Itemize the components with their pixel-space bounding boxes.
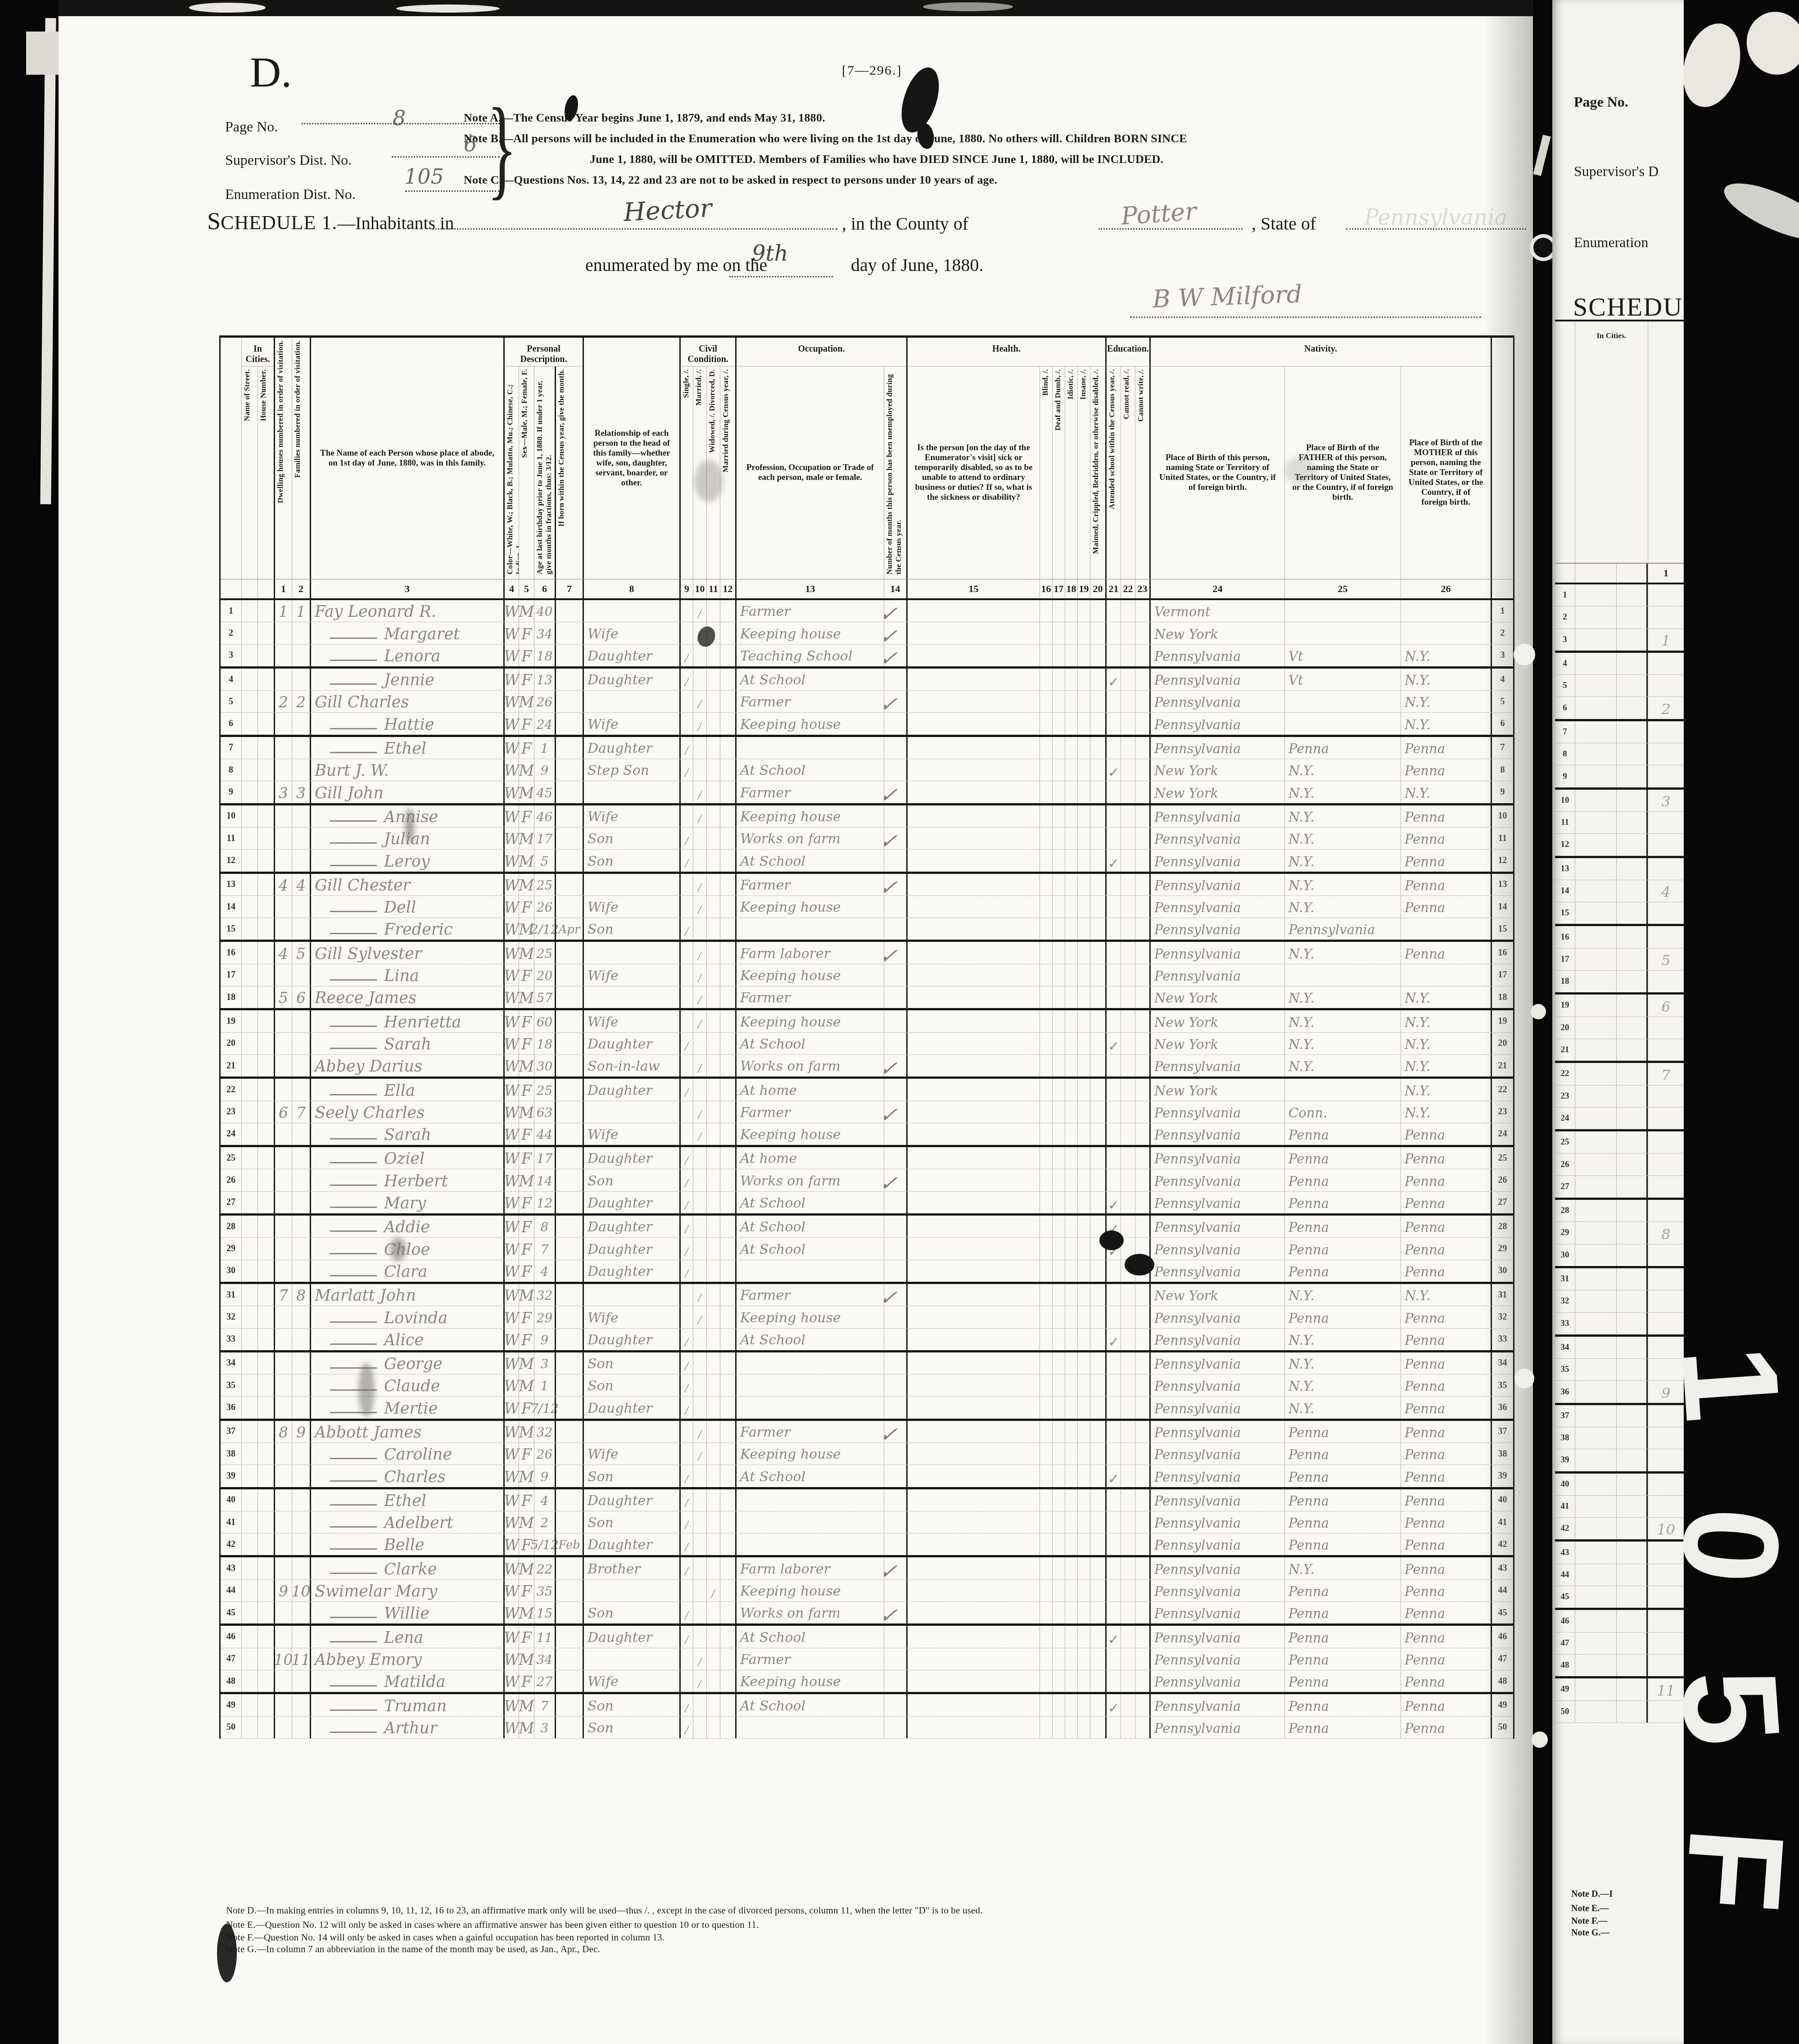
r15-month: Apr bbox=[555, 918, 583, 940]
r31-widowed bbox=[706, 1284, 720, 1306]
r33-bp_mother: Penna bbox=[1401, 1329, 1491, 1350]
r9-unemployed bbox=[884, 781, 906, 803]
rp-r16-dw bbox=[1648, 926, 1684, 948]
r34-school bbox=[1105, 1352, 1121, 1374]
r48-dwelling bbox=[274, 1670, 292, 1692]
r5-street bbox=[241, 691, 258, 712]
smudge-marlatt-name bbox=[358, 1363, 375, 1417]
rp-row: 31 bbox=[1555, 1268, 1684, 1290]
r45-bp_mother: Penna bbox=[1401, 1602, 1491, 1623]
r8-blind bbox=[1040, 759, 1052, 781]
rp-r10-street bbox=[1575, 790, 1616, 811]
r49-idiotic bbox=[1065, 1694, 1077, 1716]
r24-deaf bbox=[1052, 1123, 1065, 1145]
r30-insane bbox=[1077, 1260, 1090, 1282]
r24-married_cy bbox=[720, 1123, 735, 1145]
r6-insane bbox=[1077, 713, 1090, 734]
r37-color: W bbox=[503, 1421, 519, 1443]
col-number-read: 22 bbox=[1121, 579, 1135, 598]
rp-r9-rn: 9 bbox=[1555, 765, 1575, 787]
rp-r25-street bbox=[1575, 1131, 1616, 1153]
r18-family: 6 bbox=[292, 986, 310, 1008]
rp-r33-dw bbox=[1648, 1313, 1684, 1334]
r40-idiotic bbox=[1065, 1489, 1077, 1511]
r20-sickness bbox=[906, 1033, 1040, 1054]
r2-house bbox=[258, 622, 274, 644]
r7-bp_self: Pennsylvania bbox=[1149, 737, 1284, 759]
rp-r44-street bbox=[1575, 1564, 1616, 1586]
rp-colnum-dw: 1 bbox=[1648, 564, 1684, 583]
r36-rownumR: 36 bbox=[1491, 1397, 1513, 1418]
r40-bp_mother: Penna bbox=[1401, 1489, 1491, 1511]
r38-read bbox=[1121, 1443, 1135, 1465]
r39-sex: M bbox=[519, 1465, 534, 1487]
r9-sickness bbox=[906, 781, 1040, 803]
r38-family bbox=[292, 1443, 310, 1465]
rp-r45-street bbox=[1575, 1586, 1616, 1608]
r36-single: / bbox=[679, 1397, 693, 1418]
r15-rownumR: 15 bbox=[1491, 918, 1513, 940]
rp-r38-house bbox=[1616, 1427, 1648, 1449]
r14-sickness bbox=[906, 896, 1040, 918]
r47-rownumR: 47 bbox=[1491, 1648, 1513, 1670]
r11-bp_mother: Penna bbox=[1401, 828, 1491, 849]
r9-rownumL: 9 bbox=[221, 781, 241, 803]
r36-house bbox=[258, 1397, 274, 1418]
r11-maimed bbox=[1090, 828, 1105, 849]
r26-deaf bbox=[1052, 1169, 1065, 1191]
r20-unemployed bbox=[884, 1033, 906, 1054]
r22-maimed bbox=[1090, 1079, 1105, 1100]
r47-married_cy bbox=[720, 1648, 735, 1670]
r36-school bbox=[1105, 1397, 1121, 1418]
r39-occupation: At School bbox=[735, 1465, 884, 1487]
rp-r25-dw bbox=[1648, 1131, 1684, 1153]
r32-bp_father: Penna bbox=[1284, 1306, 1401, 1328]
r16-bp_father: N.Y. bbox=[1284, 942, 1401, 963]
r37-read bbox=[1121, 1421, 1135, 1443]
r45-dwelling bbox=[274, 1602, 292, 1623]
r46-unemployed bbox=[884, 1626, 906, 1647]
r6-deaf bbox=[1052, 713, 1065, 734]
rp-r45-rn: 45 bbox=[1555, 1586, 1575, 1608]
r6-age: 24 bbox=[534, 713, 555, 734]
r32-school bbox=[1105, 1306, 1121, 1328]
r23-family: 7 bbox=[292, 1101, 310, 1123]
r2-family bbox=[292, 622, 310, 644]
ink-blot-health-row25 bbox=[1099, 1230, 1124, 1250]
r46-maimed bbox=[1090, 1626, 1105, 1647]
r3-unemployed bbox=[884, 645, 906, 666]
r12-single: / bbox=[679, 850, 693, 871]
rp-r14-house bbox=[1616, 880, 1648, 902]
r8-deaf bbox=[1052, 759, 1065, 781]
r33-unemployed bbox=[884, 1329, 906, 1350]
rp-row: 13 bbox=[1555, 858, 1684, 880]
r32-bp_mother: Penna bbox=[1401, 1306, 1491, 1328]
r10-age: 46 bbox=[534, 805, 555, 827]
r19-school bbox=[1105, 1010, 1121, 1032]
r14-house bbox=[258, 896, 274, 918]
r30-relationship: Daughter bbox=[583, 1260, 679, 1282]
ink-blot-health-row26 bbox=[1125, 1254, 1154, 1275]
rp-r29-rn: 29 bbox=[1555, 1222, 1575, 1244]
r18-bp_mother: N.Y. bbox=[1401, 986, 1491, 1008]
table-row: 27MaryWF12Daughter/At School✓Pennsylvani… bbox=[221, 1192, 1513, 1216]
r27-unemployed bbox=[884, 1192, 906, 1213]
rp-row: 20 bbox=[1555, 1017, 1684, 1039]
rp-r40-rn: 40 bbox=[1555, 1474, 1575, 1495]
r23-married: / bbox=[693, 1101, 706, 1123]
r48-single bbox=[679, 1670, 693, 1692]
r49-unemployed bbox=[884, 1694, 906, 1716]
r1-house bbox=[258, 600, 274, 622]
r7-insane bbox=[1077, 737, 1090, 759]
r23-color: W bbox=[503, 1101, 519, 1123]
r43-blind bbox=[1040, 1557, 1052, 1579]
r12-maimed bbox=[1090, 850, 1105, 871]
r40-bp_father: Penna bbox=[1284, 1489, 1401, 1511]
r14-insane bbox=[1077, 896, 1090, 918]
r11-idiotic bbox=[1065, 828, 1077, 849]
r1-sickness bbox=[906, 600, 1040, 622]
rp-r3-street bbox=[1575, 629, 1616, 651]
r49-bp_self: Pennsylvania bbox=[1149, 1694, 1284, 1716]
r47-sickness bbox=[906, 1648, 1040, 1670]
r6-house bbox=[258, 713, 274, 734]
r32-family bbox=[292, 1306, 310, 1328]
r50-maimed bbox=[1090, 1717, 1105, 1738]
r3-widowed bbox=[706, 645, 720, 666]
col-header-maimed: Maimed, Crippled, Bedridden, or otherwis… bbox=[1090, 366, 1105, 579]
r1-month bbox=[555, 600, 583, 622]
r1-deaf bbox=[1052, 600, 1065, 622]
r2-dwelling bbox=[274, 622, 292, 644]
r44-bp_father: Penna bbox=[1284, 1580, 1401, 1601]
r42-write bbox=[1135, 1533, 1149, 1555]
r30-deaf bbox=[1052, 1260, 1065, 1282]
r22-insane bbox=[1077, 1079, 1090, 1100]
r37-sex: M bbox=[519, 1421, 534, 1443]
rp-r4-rn: 4 bbox=[1555, 653, 1575, 674]
r30-blind bbox=[1040, 1260, 1052, 1282]
r45-write bbox=[1135, 1602, 1149, 1623]
r17-bp_mother bbox=[1401, 964, 1491, 986]
r27-house bbox=[258, 1192, 274, 1213]
r19-sickness bbox=[906, 1010, 1040, 1032]
r24-street bbox=[241, 1123, 258, 1145]
r4-bp_self: Pennsylvania bbox=[1149, 669, 1284, 690]
r19-idiotic bbox=[1065, 1010, 1077, 1032]
r50-married bbox=[693, 1717, 706, 1738]
r44-single bbox=[679, 1580, 693, 1601]
r10-sex: F bbox=[519, 805, 534, 827]
rp-row: 62 bbox=[1555, 697, 1684, 721]
rp-r35-street bbox=[1575, 1359, 1616, 1380]
r13-month bbox=[555, 874, 583, 895]
county-value: Potter bbox=[1120, 197, 1198, 231]
group-header-civil: Civil Condition. bbox=[679, 338, 735, 366]
r39-married_cy bbox=[720, 1465, 735, 1487]
r45-idiotic bbox=[1065, 1602, 1077, 1623]
r17-married_cy bbox=[720, 964, 735, 986]
r16-sex: M bbox=[519, 942, 534, 963]
r13-street bbox=[241, 874, 258, 895]
r36-married_cy bbox=[720, 1397, 735, 1418]
r18-street bbox=[241, 986, 258, 1008]
r25-house bbox=[258, 1147, 274, 1169]
rp-r9-house bbox=[1616, 765, 1648, 787]
r22-rownumL: 22 bbox=[221, 1079, 241, 1100]
table-row: 10AnniseWF46Wife/Keeping housePennsylvan… bbox=[221, 805, 1513, 828]
r11-unemployed bbox=[884, 828, 906, 849]
r8-single: / bbox=[679, 759, 693, 781]
rp-r14-rn: 14 bbox=[1555, 880, 1575, 902]
census-scan: F| D. [7—296.] Page No. Supervisor's Dis… bbox=[0, 0, 1799, 2044]
r43-sickness bbox=[906, 1557, 1040, 1579]
r4-blind bbox=[1040, 669, 1052, 690]
r13-widowed bbox=[706, 874, 720, 895]
r10-deaf bbox=[1052, 805, 1065, 827]
r47-bp_self: Pennsylvania bbox=[1149, 1648, 1284, 1670]
r36-write bbox=[1135, 1397, 1149, 1418]
r20-married bbox=[693, 1033, 706, 1054]
r15-insane bbox=[1077, 918, 1090, 940]
table-row: 24SarahWF44Wife/Keeping housePennsylvani… bbox=[221, 1123, 1513, 1147]
col-number-unemployed: 14 bbox=[884, 579, 906, 598]
r38-bp_self: Pennsylvania bbox=[1149, 1443, 1284, 1465]
form-corner-letter: D. bbox=[250, 47, 292, 97]
r4-bp_father: Vt bbox=[1284, 669, 1401, 690]
r35-married_cy bbox=[720, 1375, 735, 1396]
rp-r23-dw bbox=[1648, 1085, 1684, 1107]
rp-r32-street bbox=[1575, 1290, 1616, 1312]
rp-r15-house bbox=[1616, 902, 1648, 924]
rp-r40-street bbox=[1575, 1474, 1616, 1495]
r43-month bbox=[555, 1557, 583, 1579]
r41-idiotic bbox=[1065, 1511, 1077, 1533]
r1-single bbox=[679, 600, 693, 622]
r50-widowed bbox=[706, 1717, 720, 1738]
r40-month bbox=[555, 1489, 583, 1511]
r43-name: Clarke bbox=[310, 1557, 503, 1579]
r42-read bbox=[1121, 1533, 1135, 1555]
r14-deaf bbox=[1052, 896, 1065, 918]
rp-row: 33 bbox=[1555, 1313, 1684, 1337]
col-number-school: 21 bbox=[1105, 579, 1121, 598]
r37-name: Abbott James bbox=[310, 1421, 503, 1443]
table-row: 11JulianWM17Son/Works on farm✓Pennsylvan… bbox=[221, 828, 1513, 850]
rp-r47-house bbox=[1616, 1632, 1648, 1654]
r23-maimed bbox=[1090, 1101, 1105, 1123]
rp-r29-house bbox=[1616, 1222, 1648, 1244]
rp-schedule-label: SCHEDULE bbox=[1573, 292, 1684, 322]
r12-age: 5 bbox=[534, 850, 555, 871]
r4-rownumL: 4 bbox=[221, 669, 241, 690]
r40-age: 4 bbox=[534, 1489, 555, 1511]
left-torn-tab bbox=[26, 32, 63, 75]
r50-bp_father: Penna bbox=[1284, 1717, 1401, 1738]
r25-relationship: Daughter bbox=[583, 1147, 679, 1169]
col-header-family: Families numbered in order of visitation… bbox=[292, 338, 310, 579]
rp-r6-house bbox=[1616, 697, 1648, 719]
r1-idiotic bbox=[1065, 600, 1077, 622]
r50-married_cy bbox=[720, 1717, 735, 1738]
r31-bp_father: N.Y. bbox=[1284, 1284, 1401, 1306]
r48-month bbox=[555, 1670, 583, 1692]
r13-school bbox=[1105, 874, 1121, 895]
county-label: , in the County of bbox=[842, 213, 968, 234]
r35-house bbox=[258, 1375, 274, 1396]
r34-blind bbox=[1040, 1352, 1052, 1374]
r17-insane bbox=[1077, 964, 1090, 986]
rp-r30-street bbox=[1575, 1244, 1616, 1266]
r49-month bbox=[555, 1694, 583, 1716]
rp-r44-house bbox=[1616, 1564, 1648, 1586]
r46-write bbox=[1135, 1626, 1149, 1647]
r50-blind bbox=[1040, 1717, 1052, 1738]
r32-relationship: Wife bbox=[583, 1306, 679, 1328]
r5-maimed bbox=[1090, 691, 1105, 712]
r39-idiotic bbox=[1065, 1465, 1077, 1487]
r36-read bbox=[1121, 1397, 1135, 1418]
r45-family bbox=[292, 1602, 310, 1623]
r7-color: W bbox=[503, 737, 519, 759]
r39-month bbox=[555, 1465, 583, 1487]
r32-rownumL: 32 bbox=[221, 1306, 241, 1328]
r30-dwelling bbox=[274, 1260, 292, 1282]
rp-r13-street bbox=[1575, 858, 1616, 880]
r20-rownumR: 20 bbox=[1491, 1033, 1513, 1054]
r45-month bbox=[555, 1602, 583, 1623]
r45-bp_father: Penna bbox=[1284, 1602, 1401, 1623]
r27-insane bbox=[1077, 1192, 1090, 1213]
r13-write bbox=[1135, 874, 1149, 895]
col-header-occupation: Profession, Occupation or Trade of each … bbox=[735, 366, 884, 579]
r42-bp_mother: Penna bbox=[1401, 1533, 1491, 1555]
r25-color: W bbox=[503, 1147, 519, 1169]
table-row: 25OzielWF17Daughter/At homePennsylvaniaP… bbox=[221, 1147, 1513, 1169]
r31-blind bbox=[1040, 1284, 1052, 1306]
r33-sex: F bbox=[519, 1329, 534, 1350]
r19-married: / bbox=[693, 1010, 706, 1032]
col-number-married: 10 bbox=[693, 579, 706, 598]
r19-color: W bbox=[503, 1010, 519, 1032]
r33-color: W bbox=[503, 1329, 519, 1350]
r3-school bbox=[1105, 645, 1121, 666]
table-row: 8Burt J. W.WM9Step Son/At School✓New Yor… bbox=[221, 759, 1513, 781]
r38-street bbox=[241, 1443, 258, 1465]
r7-blind bbox=[1040, 737, 1052, 759]
r48-street bbox=[241, 1670, 258, 1692]
r46-bp_father: Penna bbox=[1284, 1626, 1401, 1647]
r30-married_cy bbox=[720, 1260, 735, 1282]
page-no-label: Page No. bbox=[225, 118, 278, 135]
r33-family bbox=[292, 1329, 310, 1350]
r48-name: Matilda bbox=[310, 1670, 503, 1692]
r16-dwelling: 4 bbox=[274, 942, 292, 963]
supervisor-dist-label: Supervisor's Dist. No. bbox=[225, 152, 352, 168]
r20-occupation: At School bbox=[735, 1033, 884, 1054]
r50-age: 3 bbox=[534, 1717, 555, 1738]
rp-r49-rn: 49 bbox=[1555, 1678, 1575, 1700]
r17-house bbox=[258, 964, 274, 986]
r6-occupation: Keeping house bbox=[735, 713, 884, 734]
r46-insane bbox=[1077, 1626, 1090, 1647]
r34-relationship: Son bbox=[583, 1352, 679, 1374]
r49-rownumR: 49 bbox=[1491, 1694, 1513, 1716]
rp-r20-street bbox=[1575, 1017, 1616, 1039]
rp-r13-rn: 13 bbox=[1555, 858, 1575, 880]
r49-read bbox=[1121, 1694, 1135, 1716]
r43-widowed bbox=[706, 1557, 720, 1579]
r11-bp_self: Pennsylvania bbox=[1149, 828, 1284, 849]
r45-unemployed bbox=[884, 1602, 906, 1623]
r38-school bbox=[1105, 1443, 1121, 1465]
r5-school bbox=[1105, 691, 1121, 712]
r50-month bbox=[555, 1717, 583, 1738]
r22-unemployed bbox=[884, 1079, 906, 1100]
r42-married_cy bbox=[720, 1533, 735, 1555]
r36-relationship: Daughter bbox=[583, 1397, 679, 1418]
r49-maimed bbox=[1090, 1694, 1105, 1716]
rp-r5-house bbox=[1616, 675, 1648, 696]
r16-rownumR: 16 bbox=[1491, 942, 1513, 963]
r15-idiotic bbox=[1065, 918, 1077, 940]
r50-idiotic bbox=[1065, 1717, 1077, 1738]
r39-write bbox=[1135, 1465, 1149, 1487]
r8-occupation: At School bbox=[735, 759, 884, 781]
r30-sickness bbox=[906, 1260, 1040, 1282]
r12-blind bbox=[1040, 850, 1052, 871]
r7-bp_mother: Penna bbox=[1401, 737, 1491, 759]
r23-idiotic bbox=[1065, 1101, 1077, 1123]
table-row: 30ClaraWF4Daughter/PennsylvaniaPennaPenn… bbox=[221, 1260, 1513, 1284]
r3-rownumL: 3 bbox=[221, 645, 241, 666]
r31-school bbox=[1105, 1284, 1121, 1306]
r9-relationship bbox=[583, 781, 679, 803]
r15-blind bbox=[1040, 918, 1052, 940]
rp-r46-house bbox=[1616, 1610, 1648, 1632]
r39-insane bbox=[1077, 1465, 1090, 1487]
col-number-bp_mother: 26 bbox=[1401, 579, 1491, 598]
r2-school bbox=[1105, 622, 1121, 644]
r43-color: W bbox=[503, 1557, 519, 1579]
r14-occupation: Keeping house bbox=[735, 896, 884, 918]
r6-school bbox=[1105, 713, 1121, 734]
r6-family bbox=[292, 713, 310, 734]
r27-single: / bbox=[679, 1192, 693, 1213]
r21-maimed bbox=[1090, 1055, 1105, 1076]
r28-house bbox=[258, 1216, 274, 1237]
r12-bp_mother: Penna bbox=[1401, 850, 1491, 871]
r16-read bbox=[1121, 942, 1135, 963]
r34-bp_father: N.Y. bbox=[1284, 1352, 1401, 1374]
r33-street bbox=[241, 1329, 258, 1350]
r33-month bbox=[555, 1329, 583, 1350]
table-row: 4JennieWF13Daughter/At School✓Pennsylvan… bbox=[221, 669, 1513, 691]
r12-bp_father: N.Y. bbox=[1284, 850, 1401, 871]
r38-sickness bbox=[906, 1443, 1040, 1465]
r30-bp_mother: Penna bbox=[1401, 1260, 1491, 1282]
r44-bp_mother: Penna bbox=[1401, 1580, 1491, 1601]
rp-r24-rn: 24 bbox=[1555, 1108, 1575, 1129]
r47-single bbox=[679, 1648, 693, 1670]
r4-write bbox=[1135, 669, 1149, 690]
r11-family bbox=[292, 828, 310, 849]
sup-dist-rule bbox=[392, 156, 500, 158]
r30-rownumL: 30 bbox=[221, 1260, 241, 1282]
